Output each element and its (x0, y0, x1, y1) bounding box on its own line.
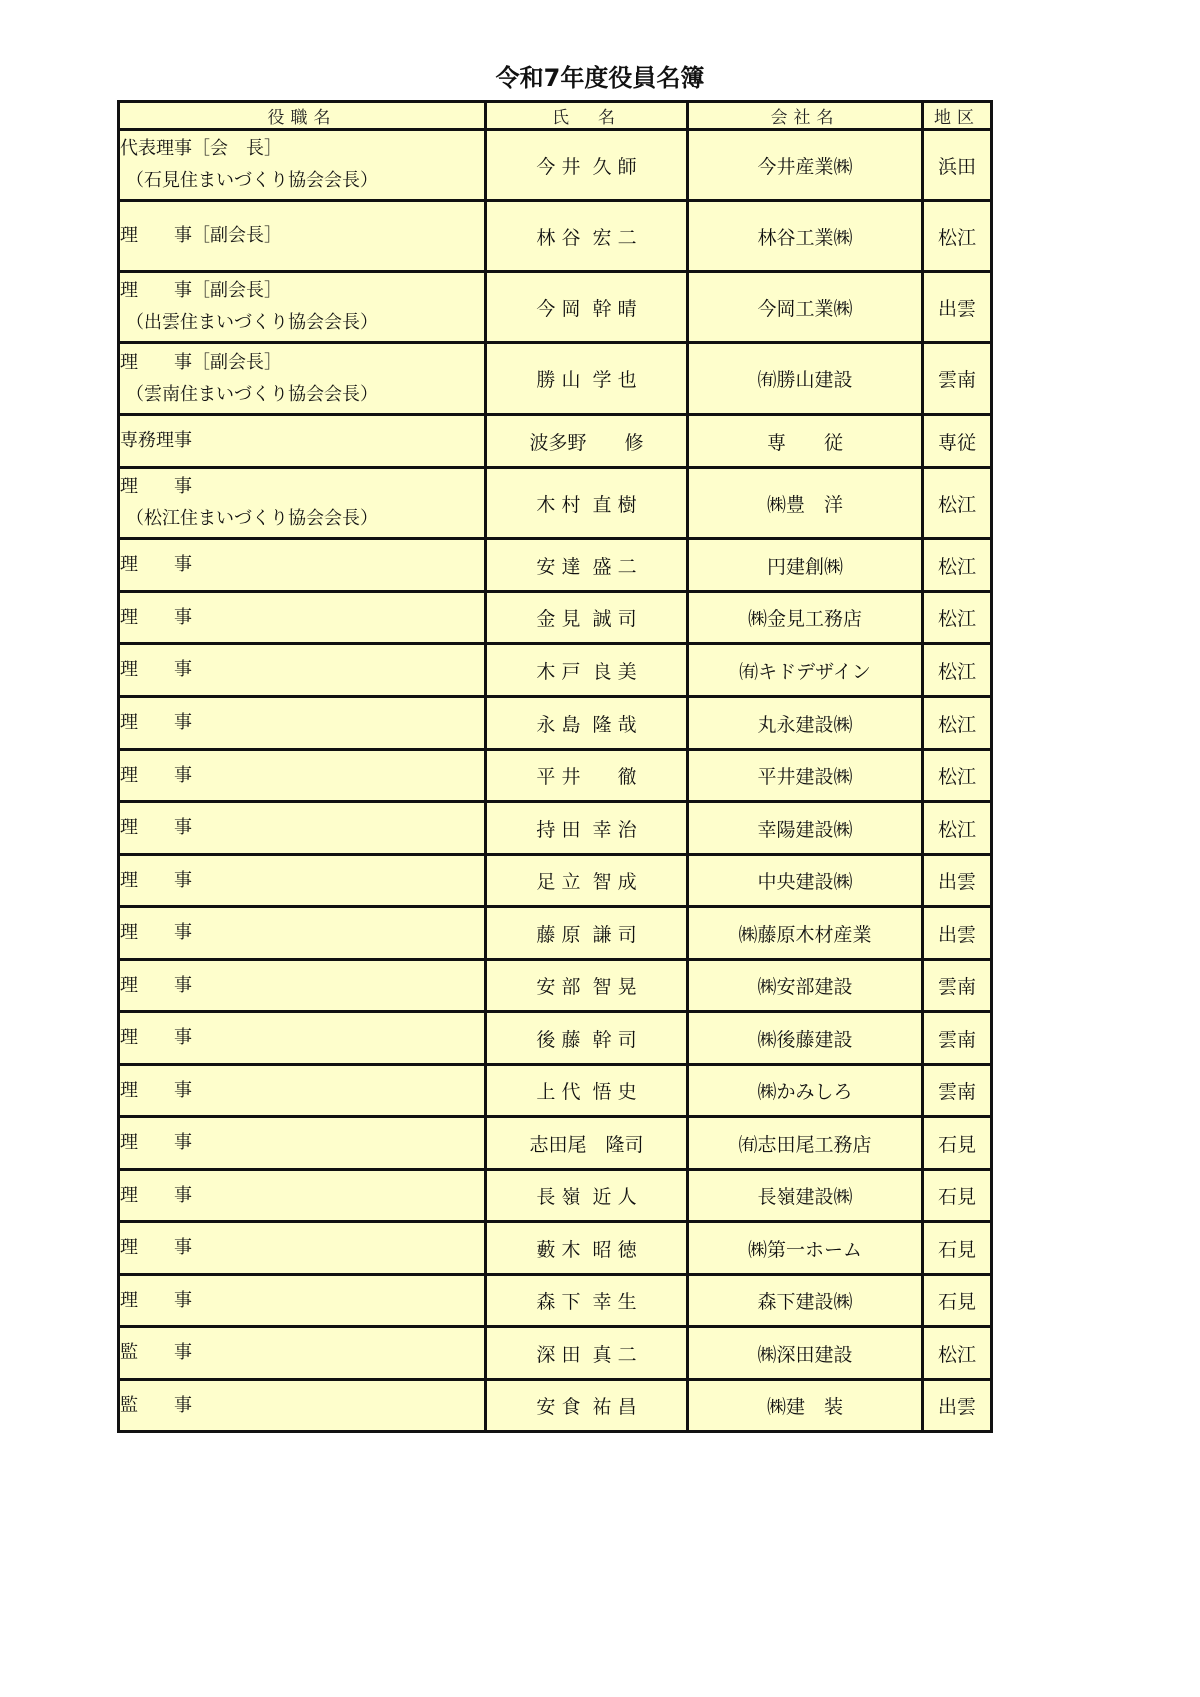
role-cell: 理 事［副会長］（出雲住まいづくり協会会長） (119, 272, 486, 343)
table-row: 理 事（松江住まいづくり協会会長）木 村 直 樹㈱豊 洋松江 (119, 468, 992, 539)
table-row: 監 事安 食 祐 昌㈱建 装出雲 (119, 1380, 992, 1432)
name-cell: 藤 原 謙 司 (486, 907, 688, 960)
role-cell: 理 事 (119, 855, 486, 907)
name-cell: 木 戸 良 美 (486, 644, 688, 697)
role-cell: 理 事 (119, 802, 486, 855)
table-row: 理 事金 見 誠 司㈱金見工務店松江 (119, 592, 992, 644)
company-cell: 今井産業㈱ (688, 130, 923, 201)
region-cell: 石見 (923, 1222, 992, 1275)
name-cell: 安 食 祐 昌 (486, 1380, 688, 1432)
table-row: 理 事平 井 徹平井建設㈱松江 (119, 750, 992, 802)
table-row: 監 事深 田 真 二㈱深田建設松江 (119, 1327, 992, 1380)
table-row: 理 事後 藤 幹 司㈱後藤建設雲南 (119, 1012, 992, 1065)
role-cell: 専務理事 (119, 415, 486, 468)
region-cell: 出雲 (923, 272, 992, 343)
region-cell: 出雲 (923, 1380, 992, 1432)
role-cell: 理 事 (119, 1222, 486, 1275)
role-title: 理 事 (120, 654, 484, 686)
name-cell: 持 田 幸 治 (486, 802, 688, 855)
region-cell: 石見 (923, 1117, 992, 1170)
company-cell: 幸陽建設㈱ (688, 802, 923, 855)
table-row: 理 事長 嶺 近 人長嶺建設㈱石見 (119, 1170, 992, 1222)
region-cell: 出雲 (923, 855, 992, 907)
region-cell: 松江 (923, 1327, 992, 1380)
table-body: 代表理事［会 長］（石見住まいづくり協会会長）今 井 久 師今井産業㈱浜田理 事… (119, 130, 992, 1432)
name-cell: 森 下 幸 生 (486, 1275, 688, 1327)
region-cell: 松江 (923, 802, 992, 855)
table-row: 理 事上 代 悟 史㈱かみしろ雲南 (119, 1065, 992, 1117)
role-title: 監 事 (120, 1337, 484, 1369)
role-cell: 理 事［副会長］ (119, 201, 486, 272)
table-header-row: 役職名 氏 名 会社名 地区 (119, 102, 992, 130)
company-cell: 今岡工業㈱ (688, 272, 923, 343)
role-title: 理 事［副会長］ (120, 347, 484, 379)
role-association: （松江住まいづくり協会会長） (120, 503, 484, 535)
region-cell: 松江 (923, 592, 992, 644)
role-title: 理 事 (120, 970, 484, 1002)
name-cell: 林 谷 宏 二 (486, 201, 688, 272)
document-title: 令和7年度役員名簿 (0, 58, 1200, 93)
role-cell: 理 事 (119, 750, 486, 802)
header-role: 役職名 (119, 102, 486, 130)
region-cell: 雲南 (923, 343, 992, 415)
region-cell: 石見 (923, 1275, 992, 1327)
role-title: 理 事 (120, 917, 484, 949)
role-title: 理 事 (120, 1285, 484, 1317)
name-cell: 後 藤 幹 司 (486, 1012, 688, 1065)
role-title: 理 事 (120, 1180, 484, 1212)
region-cell: 雲南 (923, 960, 992, 1012)
company-cell: ㈱藤原木材産業 (688, 907, 923, 960)
name-cell: 安 達 盛 二 (486, 539, 688, 592)
region-cell: 松江 (923, 697, 992, 750)
role-title: 理 事 (120, 812, 484, 844)
role-cell: 監 事 (119, 1327, 486, 1380)
role-title: 理 事 (120, 602, 484, 634)
region-cell: 雲南 (923, 1065, 992, 1117)
company-cell: 長嶺建設㈱ (688, 1170, 923, 1222)
company-cell: ㈲志田尾工務店 (688, 1117, 923, 1170)
table-row: 理 事［副会長］（出雲住まいづくり協会会長）今 岡 幹 晴今岡工業㈱出雲 (119, 272, 992, 343)
role-title: 専務理事 (120, 425, 484, 457)
name-cell: 深 田 真 二 (486, 1327, 688, 1380)
name-cell: 足 立 智 成 (486, 855, 688, 907)
role-association: （雲南住まいづくり協会会長） (120, 379, 484, 411)
region-cell: 松江 (923, 201, 992, 272)
header-region: 地区 (923, 102, 992, 130)
region-cell: 松江 (923, 750, 992, 802)
name-cell: 木 村 直 樹 (486, 468, 688, 539)
officer-roster-table: 役職名 氏 名 会社名 地区 代表理事［会 長］（石見住まいづくり協会会長）今 … (117, 100, 993, 1433)
role-title: 理 事［副会長］ (120, 220, 484, 252)
role-association: （石見住まいづくり協会会長） (120, 165, 484, 197)
company-cell: ㈱安部建設 (688, 960, 923, 1012)
region-cell: 松江 (923, 468, 992, 539)
name-cell: 勝 山 学 也 (486, 343, 688, 415)
role-cell: 理 事 (119, 1012, 486, 1065)
table-row: 理 事森 下 幸 生森下建設㈱石見 (119, 1275, 992, 1327)
role-title: 理 事 (120, 1232, 484, 1264)
role-title: 理 事 (120, 1127, 484, 1159)
table-row: 理 事持 田 幸 治幸陽建設㈱松江 (119, 802, 992, 855)
table-row: 理 事［副会長］（雲南住まいづくり協会会長）勝 山 学 也㈲勝山建設雲南 (119, 343, 992, 415)
region-cell: 浜田 (923, 130, 992, 201)
region-cell: 出雲 (923, 907, 992, 960)
role-title: 理 事 (120, 707, 484, 739)
table-row: 理 事足 立 智 成中央建設㈱出雲 (119, 855, 992, 907)
company-cell: ㈱建 装 (688, 1380, 923, 1432)
role-cell: 理 事 (119, 697, 486, 750)
company-cell: 丸永建設㈱ (688, 697, 923, 750)
header-company: 会社名 (688, 102, 923, 130)
company-cell: ㈱金見工務店 (688, 592, 923, 644)
company-cell: 平井建設㈱ (688, 750, 923, 802)
region-cell: 松江 (923, 539, 992, 592)
table-row: 理 事藪 木 昭 徳㈱第一ホーム石見 (119, 1222, 992, 1275)
company-cell: ㈱かみしろ (688, 1065, 923, 1117)
role-cell: 理 事 (119, 539, 486, 592)
name-cell: 金 見 誠 司 (486, 592, 688, 644)
table-row: 理 事永 島 隆 哉丸永建設㈱松江 (119, 697, 992, 750)
company-cell: ㈱豊 洋 (688, 468, 923, 539)
company-cell: 中央建設㈱ (688, 855, 923, 907)
name-cell: 上 代 悟 史 (486, 1065, 688, 1117)
table-row: 理 事［副会長］林 谷 宏 二林谷工業㈱松江 (119, 201, 992, 272)
table-row: 理 事安 達 盛 二円建創㈱松江 (119, 539, 992, 592)
role-cell: 理 事 (119, 960, 486, 1012)
name-cell: 波多野 修 (486, 415, 688, 468)
company-cell: ㈱深田建設 (688, 1327, 923, 1380)
table-row: 専務理事波多野 修専 従専従 (119, 415, 992, 468)
role-title: 理 事 (120, 865, 484, 897)
region-cell: 石見 (923, 1170, 992, 1222)
company-cell: ㈲キドデザイン (688, 644, 923, 697)
name-cell: 平 井 徹 (486, 750, 688, 802)
role-title: 理 事 (120, 1022, 484, 1054)
role-cell: 監 事 (119, 1380, 486, 1432)
role-cell: 理 事［副会長］（雲南住まいづくり協会会長） (119, 343, 486, 415)
company-cell: 林谷工業㈱ (688, 201, 923, 272)
name-cell: 安 部 智 晃 (486, 960, 688, 1012)
role-association: （出雲住まいづくり協会会長） (120, 307, 484, 339)
role-title: 監 事 (120, 1390, 484, 1422)
region-cell: 雲南 (923, 1012, 992, 1065)
company-cell: ㈱後藤建設 (688, 1012, 923, 1065)
company-cell: ㈲勝山建設 (688, 343, 923, 415)
role-cell: 理 事 (119, 1065, 486, 1117)
table-row: 理 事志田尾 隆司㈲志田尾工務店石見 (119, 1117, 992, 1170)
role-cell: 理 事 (119, 907, 486, 960)
role-cell: 理 事（松江住まいづくり協会会長） (119, 468, 486, 539)
role-cell: 理 事 (119, 1275, 486, 1327)
role-cell: 理 事 (119, 644, 486, 697)
role-title: 理 事 (120, 549, 484, 581)
table-row: 理 事藤 原 謙 司㈱藤原木材産業出雲 (119, 907, 992, 960)
table-row: 代表理事［会 長］（石見住まいづくり協会会長）今 井 久 師今井産業㈱浜田 (119, 130, 992, 201)
company-cell: 円建創㈱ (688, 539, 923, 592)
region-cell: 松江 (923, 644, 992, 697)
role-cell: 理 事 (119, 592, 486, 644)
company-cell: ㈱第一ホーム (688, 1222, 923, 1275)
table-row: 理 事安 部 智 晃㈱安部建設雲南 (119, 960, 992, 1012)
name-cell: 永 島 隆 哉 (486, 697, 688, 750)
name-cell: 長 嶺 近 人 (486, 1170, 688, 1222)
name-cell: 藪 木 昭 徳 (486, 1222, 688, 1275)
company-cell: 専 従 (688, 415, 923, 468)
company-cell: 森下建設㈱ (688, 1275, 923, 1327)
role-cell: 代表理事［会 長］（石見住まいづくり協会会長） (119, 130, 486, 201)
name-cell: 今 井 久 師 (486, 130, 688, 201)
role-title: 理 事 (120, 1075, 484, 1107)
header-name: 氏 名 (486, 102, 688, 130)
table-row: 理 事木 戸 良 美㈲キドデザイン松江 (119, 644, 992, 697)
role-cell: 理 事 (119, 1117, 486, 1170)
role-title: 代表理事［会 長］ (120, 133, 484, 165)
name-cell: 志田尾 隆司 (486, 1117, 688, 1170)
role-title: 理 事［副会長］ (120, 275, 484, 307)
region-cell: 専従 (923, 415, 992, 468)
role-cell: 理 事 (119, 1170, 486, 1222)
role-title: 理 事 (120, 471, 484, 503)
name-cell: 今 岡 幹 晴 (486, 272, 688, 343)
role-title: 理 事 (120, 760, 484, 792)
